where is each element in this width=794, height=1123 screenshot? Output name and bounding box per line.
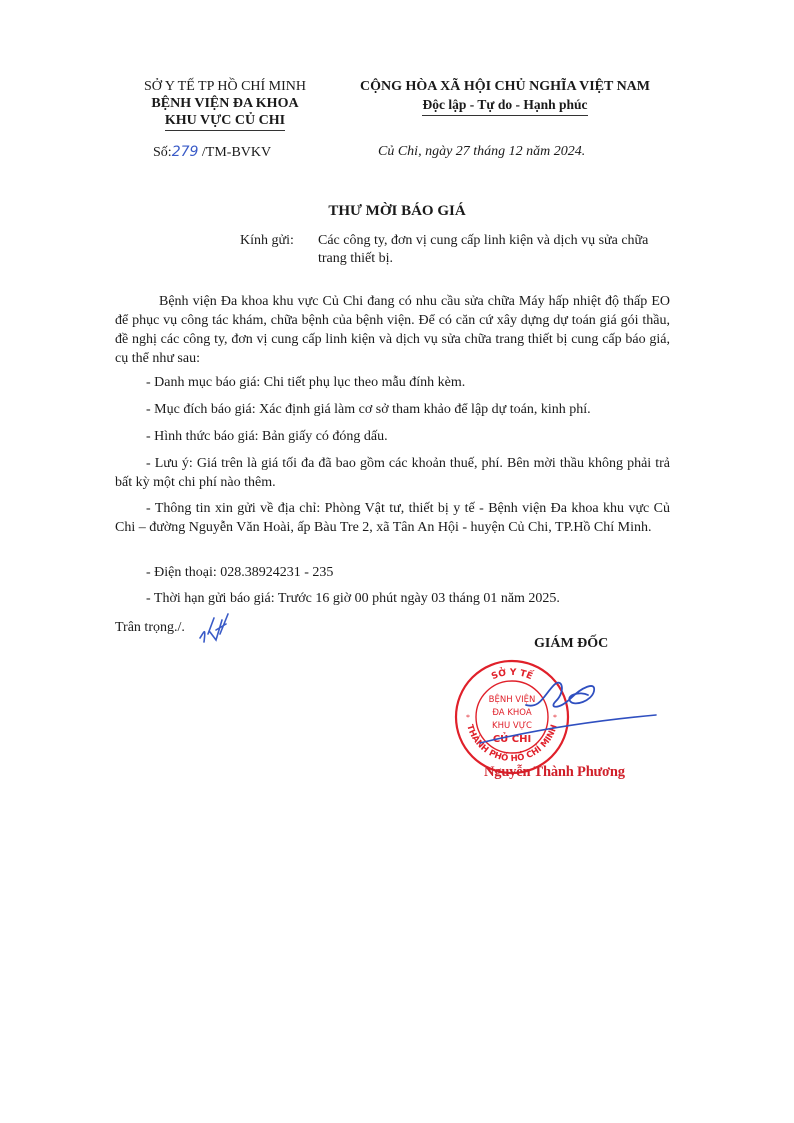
list-item: - Mục đích báo giá: Xác định giá làm cơ … <box>115 400 670 419</box>
list-item: - Thông tin xin gửi về địa chỉ: Phòng Vậ… <box>115 499 670 537</box>
document-title: THƯ MỜI BÁO GIÁ <box>0 203 794 220</box>
list-item: - Thời hạn gửi báo giá: Trước 16 giờ 00 … <box>115 589 670 608</box>
list-item: - Hình thức báo giá: Bản giấy có đóng dấ… <box>115 427 670 446</box>
list-item: - Điện thoại: 028.38924231 - 235 <box>115 563 670 582</box>
org-hospital-area: KHU VỰC CỦ CHI <box>165 112 285 131</box>
place-date: Củ Chi, ngày 27 tháng 12 năm 2024. <box>378 144 585 160</box>
doc-no-handwritten: 279 <box>172 144 199 160</box>
org-hospital-name: BỆNH VIỆN ĐA KHOA <box>120 95 330 112</box>
list-item: - Lưu ý: Giá trên là giá tối đa đã bao g… <box>115 454 670 492</box>
signer-title: GIÁM ĐỐC <box>534 636 608 652</box>
recipient-label: Kính gửi: <box>240 232 294 250</box>
closing-remark: Trân trọng./. <box>115 620 185 636</box>
national-motto: CỘNG HÒA XÃ HỘI CHỦ NGHĨA VIỆT NAM Độc l… <box>345 78 665 116</box>
issuing-organization: SỞ Y TẾ TP HỒ CHÍ MINH BỆNH VIỆN ĐA KHOA… <box>120 78 330 131</box>
nation-motto: Độc lập - Tự do - Hạnh phúc <box>422 96 587 116</box>
intro-paragraph: Bệnh viện Đa khoa khu vực Củ Chi đang có… <box>115 292 670 368</box>
recipient: Kính gửi: Các công ty, đơn vị cung cấp l… <box>240 232 680 268</box>
list-item: - Danh mục báo giá: Chi tiết phụ lục the… <box>115 373 670 392</box>
org-department: SỞ Y TẾ TP HỒ CHÍ MINH <box>120 78 330 95</box>
doc-no-suffix: /TM-BVKV <box>198 145 271 160</box>
recipient-text: Các công ty, đơn vị cung cấp linh kiện v… <box>318 232 680 268</box>
doc-no-label: Số: <box>153 145 172 160</box>
signer-name: Nguyễn Thành Phương <box>484 764 625 781</box>
nation-name: CỘNG HÒA XÃ HỘI CHỦ NGHĨA VIỆT NAM <box>345 78 665 96</box>
director-signature-icon <box>470 665 660 745</box>
initials-signature-icon <box>196 612 232 648</box>
document-number: Số:279 /TM-BVKV <box>153 144 271 161</box>
